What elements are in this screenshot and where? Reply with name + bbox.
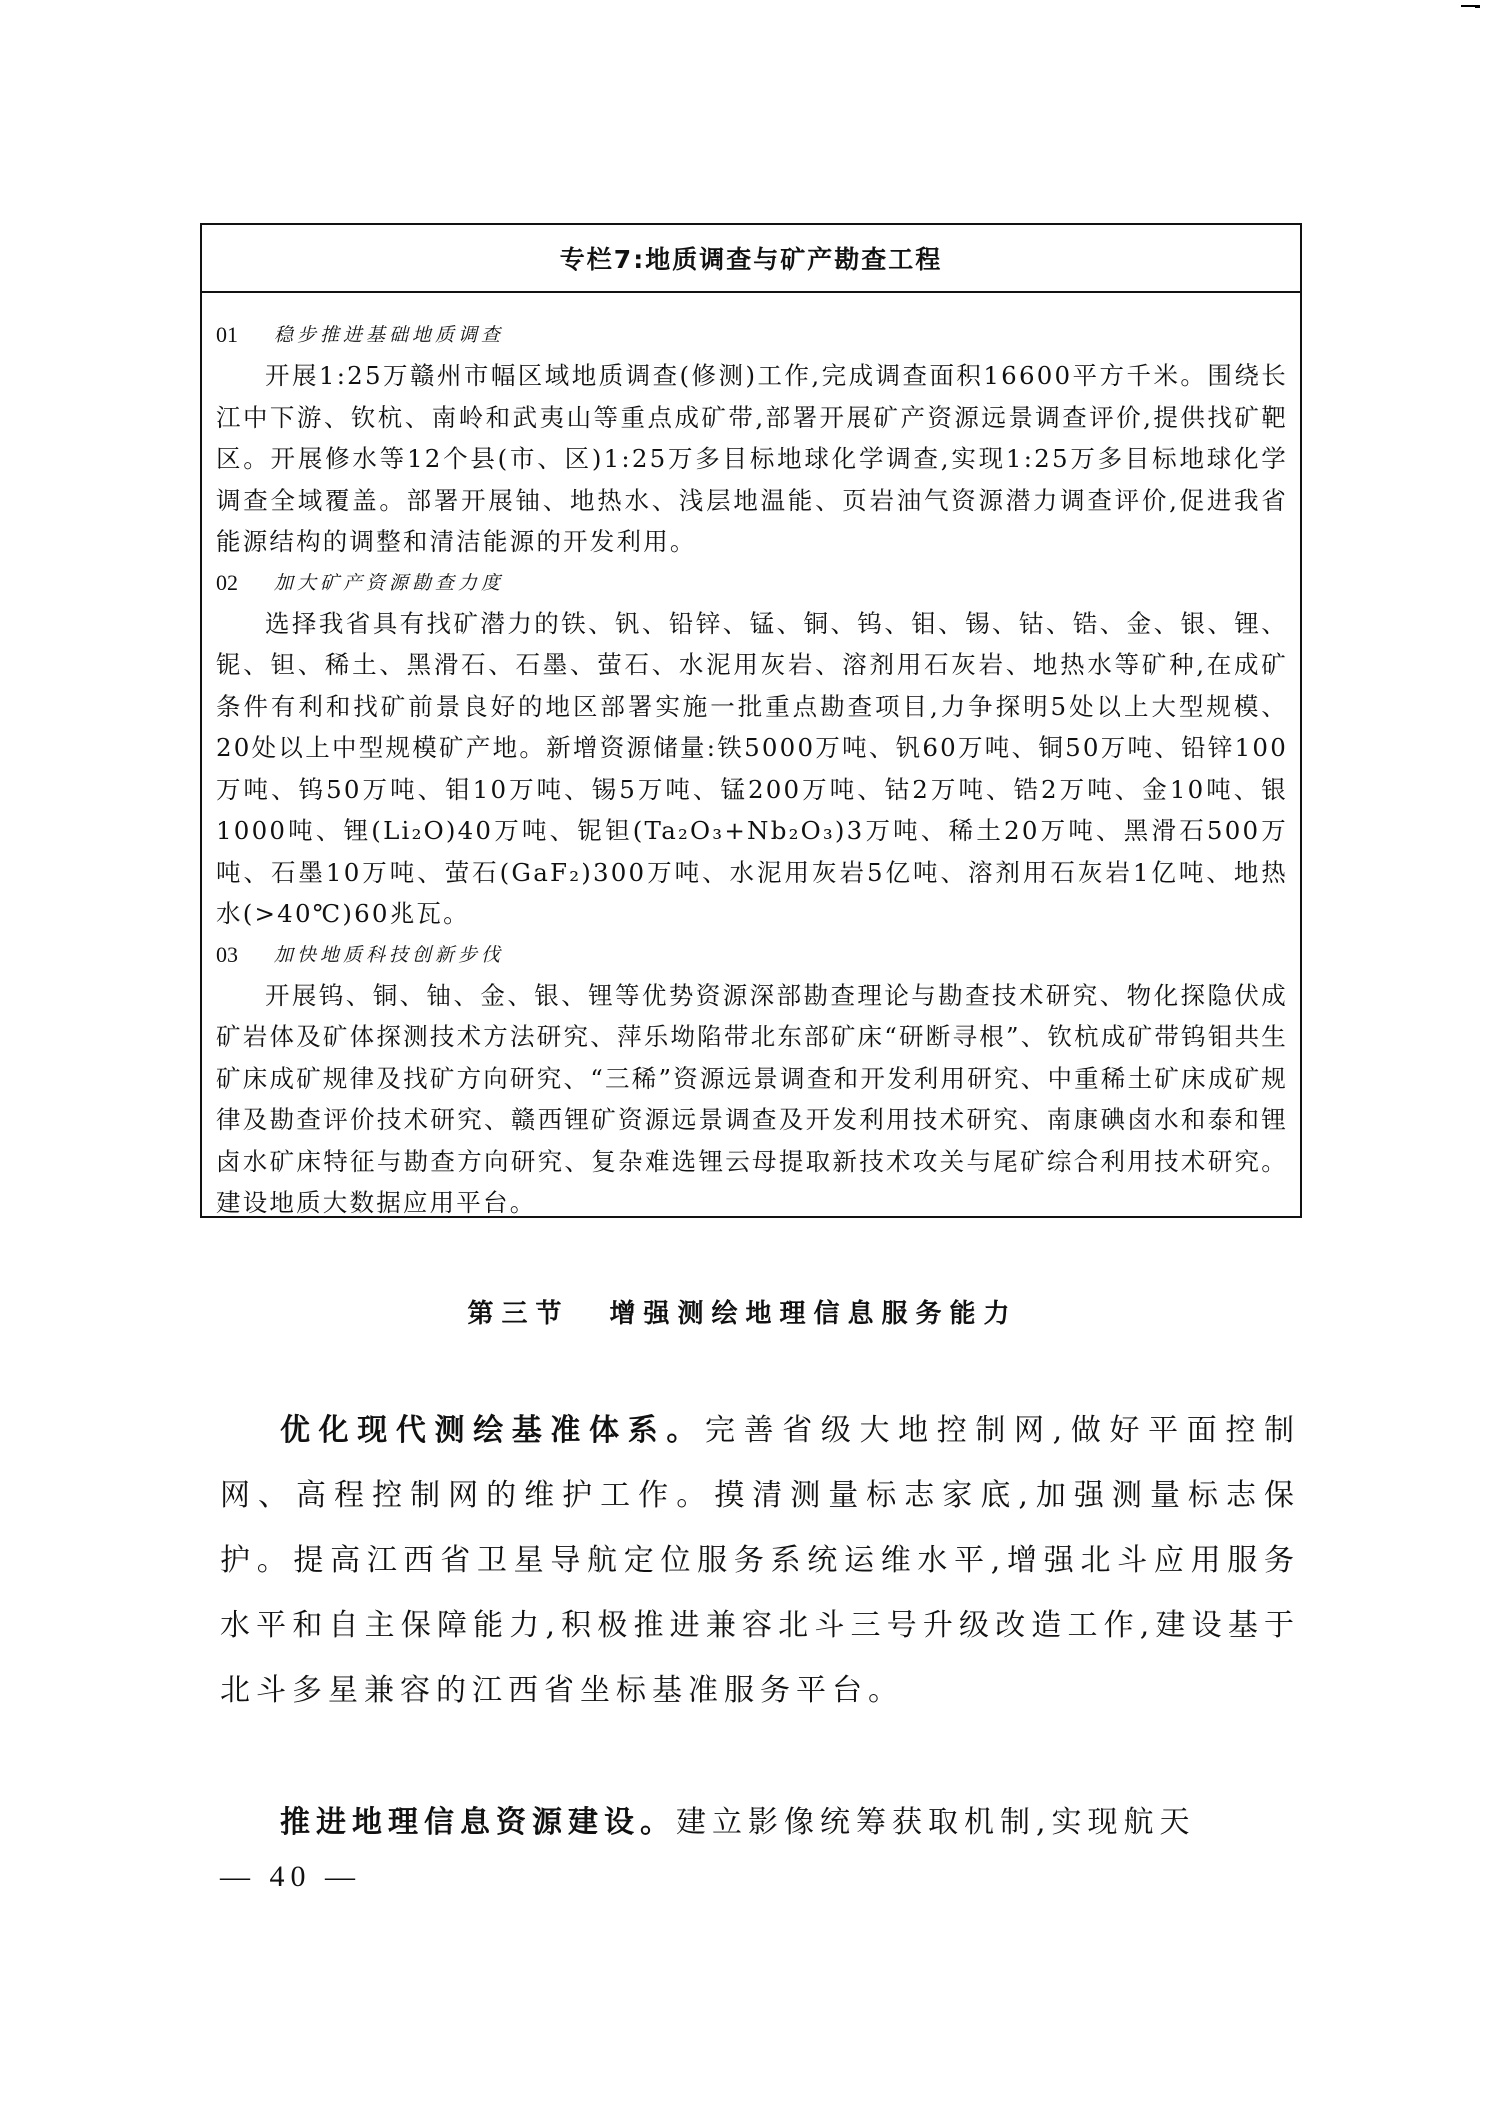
section-title: 增强测绘地理信息服务能力 bbox=[610, 1299, 1018, 1329]
item-number: 03 bbox=[216, 935, 274, 975]
item-text: 选择我省具有找矿潜力的铁、钒、铅锌、锰、铜、钨、钼、锡、钴、锆、金、银、锂、铌、… bbox=[216, 603, 1288, 935]
item-number: 01 bbox=[216, 315, 274, 355]
item-text: 开展1:25万赣州市幅区域地质调查(修测)工作,完成调查面积16600平方千米。… bbox=[216, 355, 1288, 563]
item-heading: 01 稳步推进基础地质调查 bbox=[216, 315, 1288, 355]
column-box-body: 01 稳步推进基础地质调查 开展1:25万赣州市幅区域地质调查(修测)工作,完成… bbox=[202, 293, 1300, 1224]
item-number: 02 bbox=[216, 563, 274, 603]
item-text: 开展钨、铜、铀、金、银、锂等优势资源深部勘查理论与勘查技术研究、物化探隐伏成矿岩… bbox=[216, 975, 1288, 1224]
item-title: 加快地质科技创新步伐 bbox=[274, 935, 504, 975]
column-box-title: 专栏7:地质调查与矿产勘查工程 bbox=[202, 225, 1300, 293]
paragraph-text: 完善省级大地控制网,做好平面控制网、高程控制网的维护工作。摸清测量标志家底,加强… bbox=[220, 1413, 1300, 1708]
section-heading: 第三节增强测绘地理信息服务能力 bbox=[0, 1293, 1485, 1330]
page-number: — 40 — bbox=[220, 1860, 361, 1894]
scan-mark bbox=[1461, 5, 1475, 7]
paragraph-lead: 推进地理信息资源建设。 bbox=[280, 1805, 676, 1840]
item-heading: 02 加大矿产资源勘查力度 bbox=[216, 563, 1288, 603]
item-title: 稳步推进基础地质调查 bbox=[274, 315, 504, 355]
body-paragraph: 推进地理信息资源建设。建立影像统筹获取机制,实现航天 bbox=[220, 1790, 1300, 1855]
item-title: 加大矿产资源勘查力度 bbox=[274, 563, 504, 603]
body-paragraph: 优化现代测绘基准体系。完善省级大地控制网,做好平面控制网、高程控制网的维护工作。… bbox=[220, 1398, 1300, 1723]
column-box: 专栏7:地质调查与矿产勘查工程 01 稳步推进基础地质调查 开展1:25万赣州市… bbox=[200, 223, 1302, 1218]
paragraph-lead: 优化现代测绘基准体系。 bbox=[280, 1413, 705, 1448]
paragraph-text: 建立影像统筹获取机制,实现航天 bbox=[676, 1805, 1196, 1840]
scan-mark bbox=[1475, 5, 1480, 8]
item-heading: 03 加快地质科技创新步伐 bbox=[216, 935, 1288, 975]
section-number: 第三节 bbox=[467, 1299, 569, 1329]
